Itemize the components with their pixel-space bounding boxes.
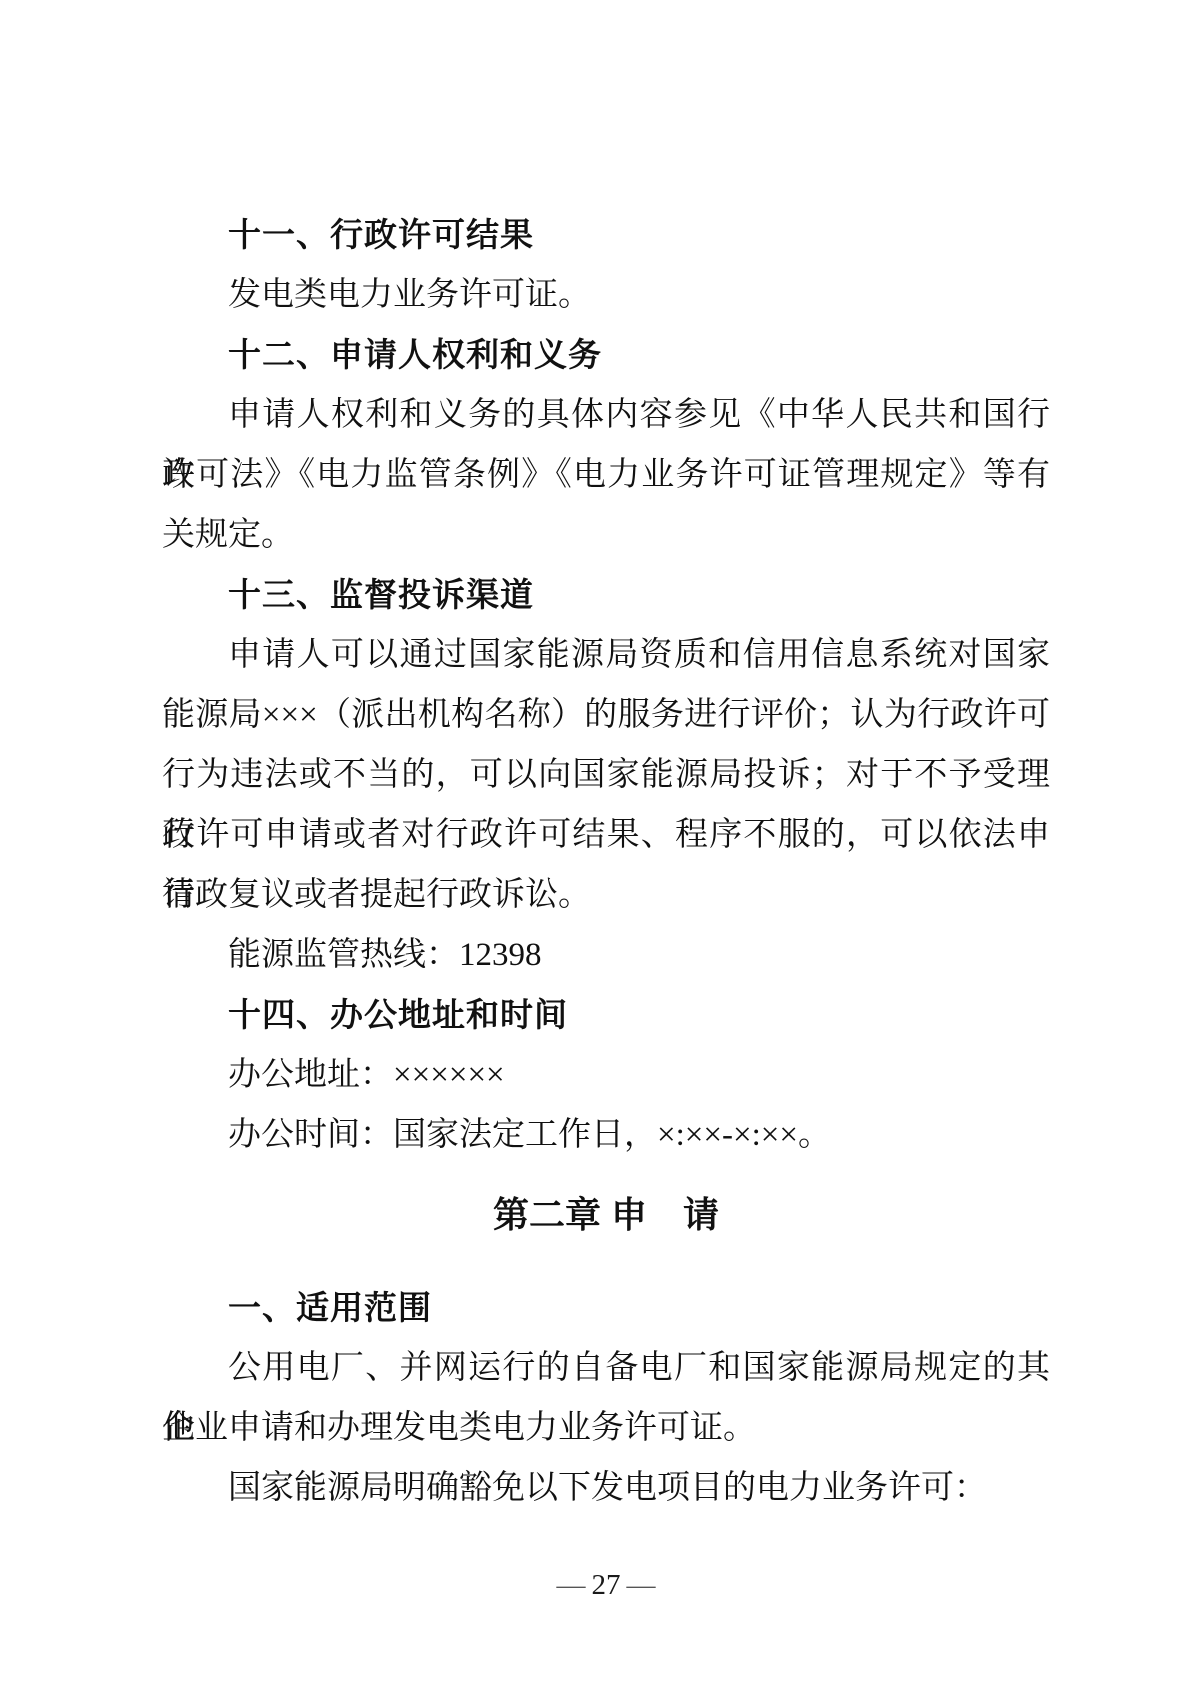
section-heading-14: 十四、办公地址和时间 xyxy=(162,985,1050,1045)
chapter-heading: 第二章 申 请 xyxy=(162,1185,1050,1245)
paragraph-line: 能源局×××（派出机构名称）的服务进行评价；认为行政许可 xyxy=(162,685,1050,745)
paragraph-line: 关规定。 xyxy=(162,505,1050,565)
page-footer: —27— xyxy=(162,1555,1050,1615)
paragraph-line: 行为违法或不当的，可以向国家能源局投诉；对于不予受理行 xyxy=(162,745,1050,805)
paragraph-line: 申请人可以通过国家能源局资质和信用信息系统对国家 xyxy=(162,625,1050,685)
document-content: 十一、行政许可结果 发电类电力业务许可证。 十二、申请人权利和义务 申请人权利和… xyxy=(162,205,1050,1615)
paragraph-line: 发电类电力业务许可证。 xyxy=(162,265,1050,325)
footer-dash-left: — xyxy=(551,1569,592,1601)
office-address-line: 办公地址：×××××× xyxy=(162,1045,1050,1105)
paragraph-line: 政许可申请或者对行政许可结果、程序不服的，可以依法申请 xyxy=(162,805,1050,865)
footer-dash-right: — xyxy=(621,1569,662,1601)
document-page: 十一、行政许可结果 发电类电力业务许可证。 十二、申请人权利和义务 申请人权利和… xyxy=(0,0,1200,1696)
section-heading-11: 十一、行政许可结果 xyxy=(162,205,1050,265)
section-heading-12: 十二、申请人权利和义务 xyxy=(162,325,1050,385)
section-heading-13: 十三、监督投诉渠道 xyxy=(162,565,1050,625)
paragraph-line: 许可法》《电力监管条例》《电力业务许可证管理规定》等有 xyxy=(162,445,1050,505)
paragraph-line: 申请人权利和义务的具体内容参见《中华人民共和国行政 xyxy=(162,385,1050,445)
paragraph-line: 国家能源局明确豁免以下发电项目的电力业务许可： xyxy=(162,1458,1050,1518)
paragraph-line: 公用电厂、并网运行的自备电厂和国家能源局规定的其他 xyxy=(162,1338,1050,1398)
office-hours-line: 办公时间：国家法定工作日，×:××-×:××。 xyxy=(162,1105,1050,1165)
page-number: 27 xyxy=(592,1569,621,1601)
paragraph-line: 企业申请和办理发电类电力业务许可证。 xyxy=(162,1398,1050,1458)
hotline-line: 能源监管热线：12398 xyxy=(162,925,1050,985)
section-heading-1: 一、适用范围 xyxy=(162,1278,1050,1338)
paragraph-line: 行政复议或者提起行政诉讼。 xyxy=(162,865,1050,925)
